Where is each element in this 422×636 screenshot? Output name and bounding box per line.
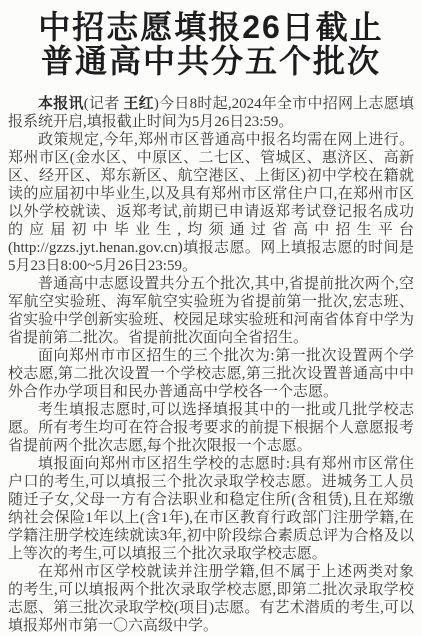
paragraph-other-students: 在郑州市区学校就读并注册学籍,但不属于上述两类对象的考生,可以填报两个批次录取学… bbox=[8, 563, 414, 635]
paragraph-fill-rules: 考生填报志愿时,可以选择填报其中的一批或几批学校志愿。所有考生均可在符合报考要求… bbox=[8, 401, 414, 455]
paragraph-lead: 本报讯(记者 王红)今日8时起,2024年全市中招网上志愿填报系统开启,填报截止… bbox=[8, 95, 414, 131]
article-headline: 中招志愿填报26日截止 普通高中共分五个批次 bbox=[8, 10, 414, 78]
paragraph-policy: 政策规定,今年,郑州市区普通高中报名均需在网上进行。郑州市区(金水区、中原区、二… bbox=[8, 131, 414, 275]
headline-line-1: 中招志愿填报26日截止 bbox=[8, 10, 414, 44]
lead-tag: 本报讯 bbox=[38, 95, 84, 112]
paragraph-batches-overview: 普通高中志愿设置共分五个批次,其中,省提前批次两个,空军航空实验班、海军航空实验… bbox=[8, 275, 414, 347]
reporter-label-open: (记者 bbox=[84, 96, 124, 112]
paragraph-eligibility: 填报面向郑州市区招生学校的志愿时:具有郑州市区常住户口的考生,可以填报三个批次录… bbox=[8, 455, 414, 563]
newspaper-article-page: 中招志愿填报26日截止 普通高中共分五个批次 本报讯(记者 王红)今日8时起,2… bbox=[0, 0, 422, 636]
headline-line-2: 普通高中共分五个批次 bbox=[8, 44, 414, 78]
reporter-name: 王红 bbox=[123, 95, 153, 112]
article-body: 本报讯(记者 王红)今日8时起,2024年全市中招网上志愿填报系统开启,填报截止… bbox=[8, 95, 414, 635]
paragraph-city-batches: 面向郑州市市区招生的三个批次为:第一批次设置两个学校志愿,第二批次设置一个学校志… bbox=[8, 347, 414, 401]
